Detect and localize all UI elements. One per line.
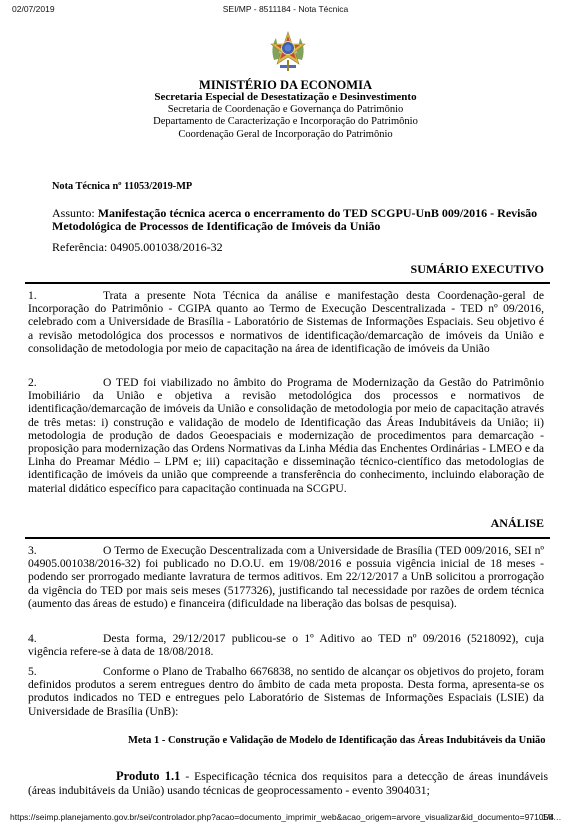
assunto-label: Assunto: — [52, 206, 98, 220]
paragraph-text: O TED foi viabilizado no âmbito do Progr… — [28, 376, 544, 495]
meta-1-title: Meta 1 - Construção e Validação de Model… — [38, 733, 548, 749]
referencia: Referência: 04905.001038/2016-32 — [52, 241, 568, 254]
paragraph-number: 1. — [28, 289, 103, 302]
assunto: Assunto: Manifestação técnica acerca o e… — [52, 207, 544, 234]
page-number: 1/4 — [542, 812, 554, 822]
paragraph-text: Conforme o Plano de Trabalho 6676838, no… — [28, 665, 544, 718]
paragraph-number: 4. — [28, 632, 103, 645]
print-url: https://seimp.planejamento.gov.br/sei/co… — [10, 812, 562, 822]
paragraph-3: 3.O Termo de Execução Descentralizada co… — [28, 544, 544, 610]
paragraph-1: 1.Trata a presente Nota Técnica da análi… — [28, 289, 544, 355]
paragraph-text: Desta forma, 29/12/2017 publicou-se o 1º… — [28, 632, 544, 658]
section-divider — [25, 282, 550, 284]
produto-1-1: Produto 1.1 - Especificação técnica dos … — [28, 769, 548, 798]
paragraph-5: 5.Conforme o Plano de Trabalho 6676838, … — [28, 665, 544, 718]
assunto-text: Manifestação técnica acerca o encerramen… — [52, 206, 537, 233]
section-divider — [25, 537, 550, 539]
letterhead: MINISTÉRIO DA ECONOMIA Secretaria Especi… — [0, 79, 571, 141]
paragraph-number: 5. — [28, 665, 103, 678]
print-header: 02/07/2019 SEI/MP - 8511184 - Nota Técni… — [0, 4, 571, 16]
print-title: SEI/MP - 8511184 - Nota Técnica — [0, 4, 571, 14]
paragraph-text: Trata a presente Nota Técnica da análise… — [28, 289, 544, 355]
paragraph-text: O Termo de Execução Descentralizada com … — [28, 544, 544, 610]
coordination: Coordenação Geral de Incorporação do Pat… — [0, 129, 571, 141]
secretariat-special: Secretaria Especial de Desestatização e … — [0, 91, 571, 103]
produto-label: Produto 1.1 — [116, 769, 180, 783]
department: Departamento de Caracterização e Incorpo… — [0, 116, 571, 128]
produto-text: - Especificação técnica dos requisitos p… — [28, 770, 548, 797]
print-footer: https://seimp.planejamento.gov.br/sei/co… — [0, 812, 571, 824]
paragraph-number: 2. — [28, 376, 103, 389]
paragraph-number: 3. — [28, 544, 103, 557]
paragraph-2: 2.O TED foi viabilizado no âmbito do Pro… — [28, 376, 544, 495]
secretariat: Secretaria de Coordenação e Governança d… — [0, 104, 571, 116]
brazil-coat-of-arms-icon — [268, 30, 308, 74]
section-title-analysis: ANÁLISE — [491, 516, 544, 531]
paragraph-4: 4.Desta forma, 29/12/2017 publicou-se o … — [28, 632, 544, 658]
section-title-summary: SUMÁRIO EXECUTIVO — [411, 262, 544, 277]
ministry-name: MINISTÉRIO DA ECONOMIA — [0, 79, 571, 91]
nota-number: Nota Técnica nº 11053/2019-MP — [52, 180, 568, 193]
